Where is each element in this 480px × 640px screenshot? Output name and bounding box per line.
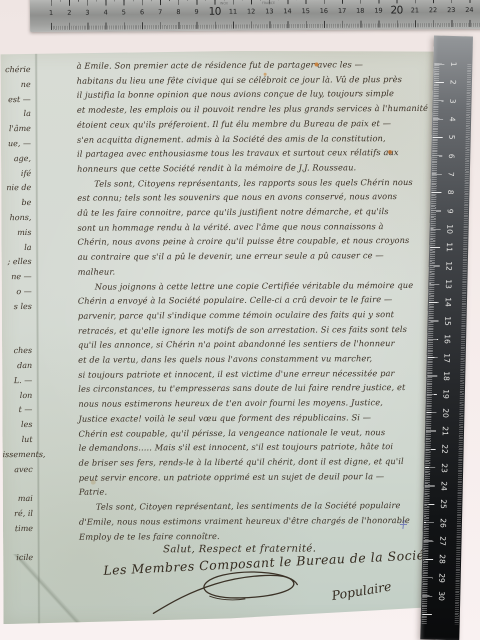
ruler-number: 21 (406, 4, 424, 16)
fragment-line: o — (2, 285, 32, 300)
fragment-line: ne (1, 78, 31, 93)
fragment-line: t — (2, 403, 32, 418)
fragment-line: chérie (1, 63, 31, 78)
ruler-number: 15 (297, 5, 315, 17)
fragment-line: ifé (1, 167, 31, 182)
fragment-line: ; elles (2, 255, 32, 270)
ruler-number: 7 (151, 6, 169, 18)
ruler-number: 6 (133, 6, 151, 18)
ruler-number: 14 (278, 5, 296, 17)
fragment-line: lut (2, 433, 32, 448)
handwritten-line: Tels sont, Citoyen représentant, les sen… (79, 498, 425, 515)
ruler-number: 24 (460, 4, 478, 16)
ruler-number: 30 (431, 576, 450, 615)
fragment-line: issements, (3, 448, 33, 463)
handwritten-line: étoient ceux qu'ils préferoient. Il fut … (77, 116, 423, 133)
page-fold (35, 52, 41, 624)
fragment-line: ne — (2, 270, 32, 285)
fragment-line: mis (1, 226, 31, 241)
ruler-number: 12 (242, 5, 260, 17)
fragment-line: la (1, 241, 31, 256)
ruler-number: 22 (424, 4, 442, 16)
fragment-line: ue, — (1, 137, 31, 152)
handwritten-line: et modeste, les emplois ou il pouvoit re… (77, 101, 423, 118)
fragment-line: age, (1, 152, 31, 167)
handwritten-line: parvenir, parce qu'il s'indique comme té… (78, 307, 424, 324)
fragment-line: l'âme (1, 122, 31, 137)
ruler-number: 20 (388, 4, 406, 16)
ruler-cm-numbers: 123456789101112131415161718192021222324 (42, 4, 479, 19)
letter-body: à Emile. Son premier acte de résidence f… (77, 57, 426, 559)
fragment-line: L. — (2, 374, 32, 389)
foxing-spot (264, 73, 267, 76)
ruler-number: 16 (315, 5, 333, 17)
fragment-line: est — (1, 93, 31, 108)
foxing-spot (315, 62, 319, 66)
manuscript-page: chérieneest —lal'âmeue, —age,ifénie debe… (1, 50, 440, 624)
ruler-number: 11 (224, 6, 242, 18)
handwritten-line: d'Emile, nous nous estimons vraiment heu… (79, 513, 425, 530)
ruler-number: 1 (42, 7, 60, 19)
fragment-line: ré, il (3, 507, 33, 522)
signature-populaire: Populaire (331, 578, 393, 603)
ruler-number: 3 (78, 7, 96, 19)
ruler-number: 23 (442, 4, 460, 16)
handwritten-line: de briser ses fers, rends-le à la libert… (79, 454, 425, 471)
ruler-number: 17 (333, 5, 351, 17)
signature-flourish (149, 569, 309, 618)
handwritten-line: dû te les faire connoitre, parce qu'ils … (77, 204, 423, 221)
fragment-line: la (1, 107, 31, 122)
handwritten-line: nous nous estimerons heureux de t'en avo… (78, 395, 424, 412)
fragment-line: be (1, 196, 31, 211)
handwritten-line: peut servir encore. un patriote opprimé … (79, 469, 425, 486)
horizontal-ruler: INOX FRANCE 1234567891011121314151617181… (30, 0, 480, 32)
fragment-line: ches (2, 344, 32, 359)
foxing-spot (91, 480, 96, 485)
fragment-line (2, 329, 32, 344)
ruler-number: 18 (351, 5, 369, 17)
fragment-line: icile (3, 551, 33, 566)
ruler-number: 13 (260, 5, 278, 17)
fragment-line (3, 477, 33, 492)
fragment-line (2, 315, 32, 330)
handwritten-line: au contraire que s'il a pû le devenir, u… (78, 248, 424, 265)
fragment-line: hons, (1, 211, 31, 226)
fragment-line: nie de (1, 181, 31, 196)
photo-background: chérieneest —lal'âmeue, —age,ifénie debe… (0, 0, 480, 640)
foxing-spot (388, 150, 392, 154)
fragment-line: time (3, 522, 33, 537)
handwritten-line: et de la vertu, dans les quels nous l'av… (78, 351, 424, 368)
fragment-line: dan (2, 359, 32, 374)
ruler-number: 10 (206, 6, 224, 18)
fragment-line: les (2, 418, 32, 433)
ruler-number: 4 (97, 6, 115, 18)
ruler-number: 8 (169, 6, 187, 18)
ruler-number: 2 (60, 7, 78, 19)
fragment-line: avec (3, 462, 33, 477)
ruler-bottom-cm-ticks (51, 20, 480, 30)
fragment-line: s les (2, 300, 32, 315)
handwritten-line: il partagea avec enthousiasme tous les t… (77, 145, 423, 162)
fragment-line: lon (2, 389, 32, 404)
fragment-line: mai (3, 492, 33, 507)
facing-page-fragments: chérieneest —lal'âmeue, —age,ifénie debe… (1, 63, 34, 566)
fragment-line (3, 536, 33, 551)
ruler-number: 19 (369, 5, 387, 17)
blue-pencil-mark (400, 520, 407, 529)
ruler-number: 5 (115, 6, 133, 18)
ruler-number: 9 (187, 6, 205, 18)
